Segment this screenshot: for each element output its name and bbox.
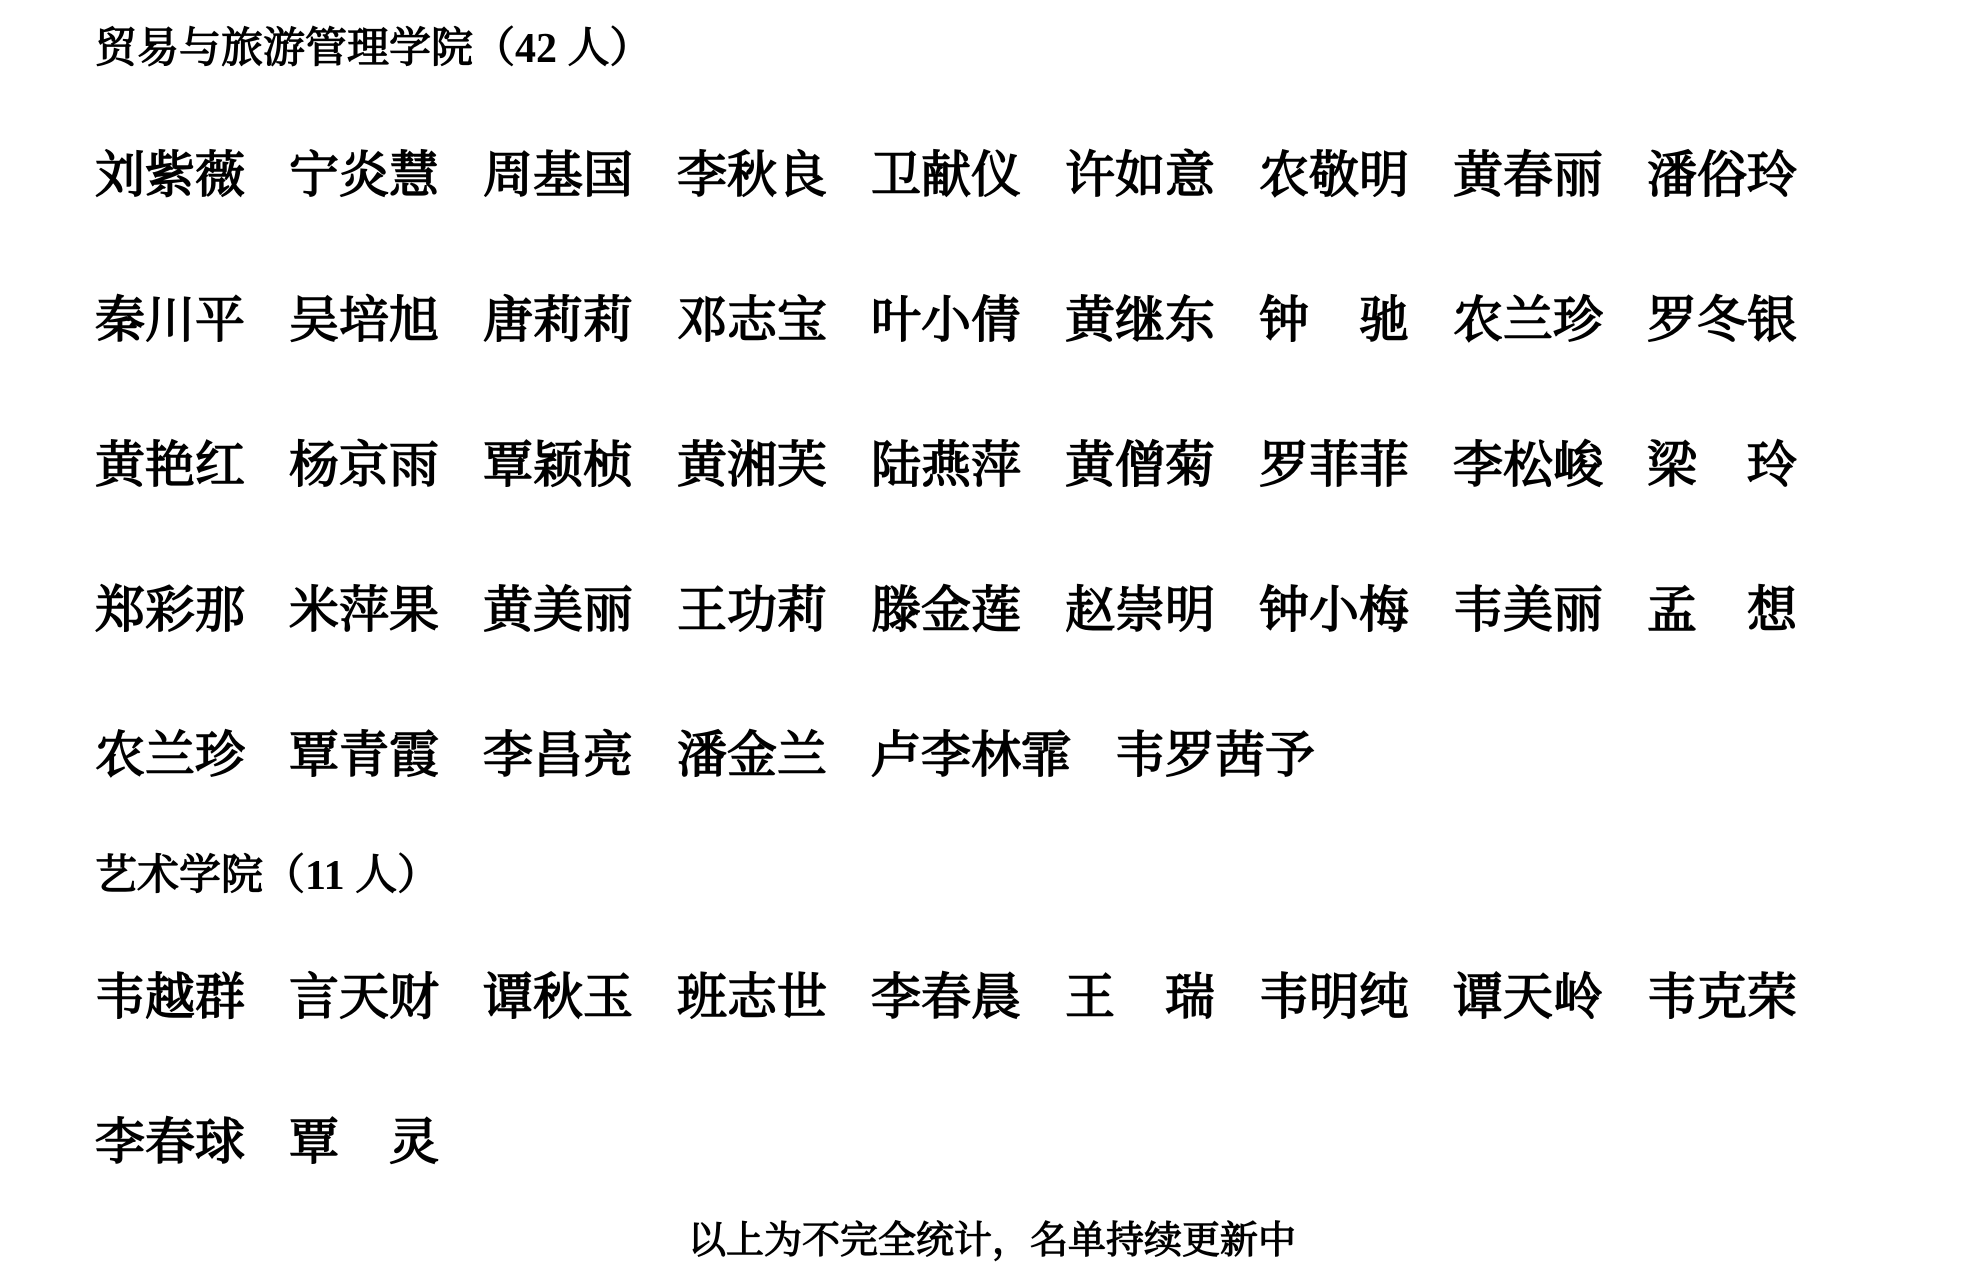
student-name: 韦越群 [95,972,245,1022]
student-name: 罗菲菲 [1259,440,1409,490]
student-name: 刘紫薇 [95,150,245,200]
student-name: 黄美丽 [483,585,633,635]
student-name: 覃颖桢 [483,440,633,490]
student-name: 黄艳红 [95,440,245,490]
student-name: 王 瑞 [1065,972,1215,1022]
student-name: 李昌亮 [483,730,633,780]
student-name: 米萍果 [289,585,439,635]
student-name: 班志世 [677,972,827,1022]
roster-document: 贸易与旅游管理学院（42 人） 刘紫薇宁炎慧周基国李秋良卫献仪许如意农敬明黄春丽… [0,0,1984,1167]
student-name: 钟 驰 [1259,295,1409,345]
student-name: 许如意 [1065,150,1215,200]
student-name: 孟 想 [1647,585,1797,635]
student-name: 周基国 [483,150,633,200]
name-row: 秦川平吴培旭唐莉莉邓志宝叶小倩黄继东钟 驰农兰珍罗冬银 [95,295,1844,345]
student-name: 赵崇明 [1065,585,1215,635]
student-name: 黄继东 [1065,295,1215,345]
name-row: 刘紫薇宁炎慧周基国李秋良卫献仪许如意农敬明黄春丽潘俗玲 [95,150,1844,200]
student-name: 李松峻 [1453,440,1603,490]
name-row: 农兰珍覃青霞李昌亮潘金兰卢李林霏韦罗茜予 [95,730,1844,780]
student-name: 农兰珍 [1453,295,1603,345]
student-name: 韦美丽 [1453,585,1603,635]
student-name: 黄僧菊 [1065,440,1215,490]
student-name: 韦克荣 [1647,972,1797,1022]
section-art-college: 艺术学院（11 人） 韦越群言天财谭秋玉班志世李春晨王 瑞韦明纯谭天岭韦克荣李春… [95,855,1844,1167]
student-name: 黄春丽 [1453,150,1603,200]
section-heading-trade-tourism: 贸易与旅游管理学院（42 人） [95,28,1844,70]
name-row: 郑彩那米萍果黄美丽王功莉滕金莲赵崇明钟小梅韦美丽孟 想 [95,585,1844,635]
roster-page: 贸易与旅游管理学院（42 人） 刘紫薇宁炎慧周基国李秋良卫献仪许如意农敬明黄春丽… [0,0,1984,1275]
name-row: 黄艳红杨京雨覃颖桢黄湘芙陆燕萍黄僧菊罗菲菲李松峻梁 玲 [95,440,1844,490]
name-rows-trade-tourism: 刘紫薇宁炎慧周基国李秋良卫献仪许如意农敬明黄春丽潘俗玲秦川平吴培旭唐莉莉邓志宝叶… [95,150,1844,780]
section-trade-tourism-college: 贸易与旅游管理学院（42 人） 刘紫薇宁炎慧周基国李秋良卫献仪许如意农敬明黄春丽… [95,28,1844,780]
student-name: 潘金兰 [677,730,827,780]
student-name: 唐莉莉 [483,295,633,345]
student-name: 杨京雨 [289,440,439,490]
student-name: 滕金莲 [871,585,1021,635]
student-name: 李秋良 [677,150,827,200]
student-name: 李春晨 [871,972,1021,1022]
student-name: 吴培旭 [289,295,439,345]
student-name: 潘俗玲 [1647,150,1797,200]
student-name: 言天财 [289,972,439,1022]
student-name: 覃 灵 [289,1117,439,1167]
student-name: 农兰珍 [95,730,245,780]
footer-note: 以上为不完全统计，名单持续更新中 [0,1222,1984,1260]
student-name: 韦罗茜予 [1115,730,1315,780]
student-name: 秦川平 [95,295,245,345]
student-name: 邓志宝 [677,295,827,345]
student-name: 李春球 [95,1117,245,1167]
student-name: 韦明纯 [1259,972,1409,1022]
student-name: 谭天岭 [1453,972,1603,1022]
section-heading-art: 艺术学院（11 人） [95,855,1844,897]
student-name: 卢李林霏 [871,730,1071,780]
student-name: 陆燕萍 [871,440,1021,490]
student-name: 罗冬银 [1647,295,1797,345]
student-name: 黄湘芙 [677,440,827,490]
student-name: 郑彩那 [95,585,245,635]
name-row: 李春球覃 灵 [95,1117,1844,1167]
student-name: 谭秋玉 [483,972,633,1022]
student-name: 卫献仪 [871,150,1021,200]
student-name: 农敬明 [1259,150,1409,200]
student-name: 梁 玲 [1647,440,1797,490]
student-name: 钟小梅 [1259,585,1409,635]
student-name: 王功莉 [677,585,827,635]
student-name: 宁炎慧 [289,150,439,200]
student-name: 叶小倩 [871,295,1021,345]
name-rows-art: 韦越群言天财谭秋玉班志世李春晨王 瑞韦明纯谭天岭韦克荣李春球覃 灵 [95,972,1844,1167]
name-row: 韦越群言天财谭秋玉班志世李春晨王 瑞韦明纯谭天岭韦克荣 [95,972,1844,1022]
student-name: 覃青霞 [289,730,439,780]
